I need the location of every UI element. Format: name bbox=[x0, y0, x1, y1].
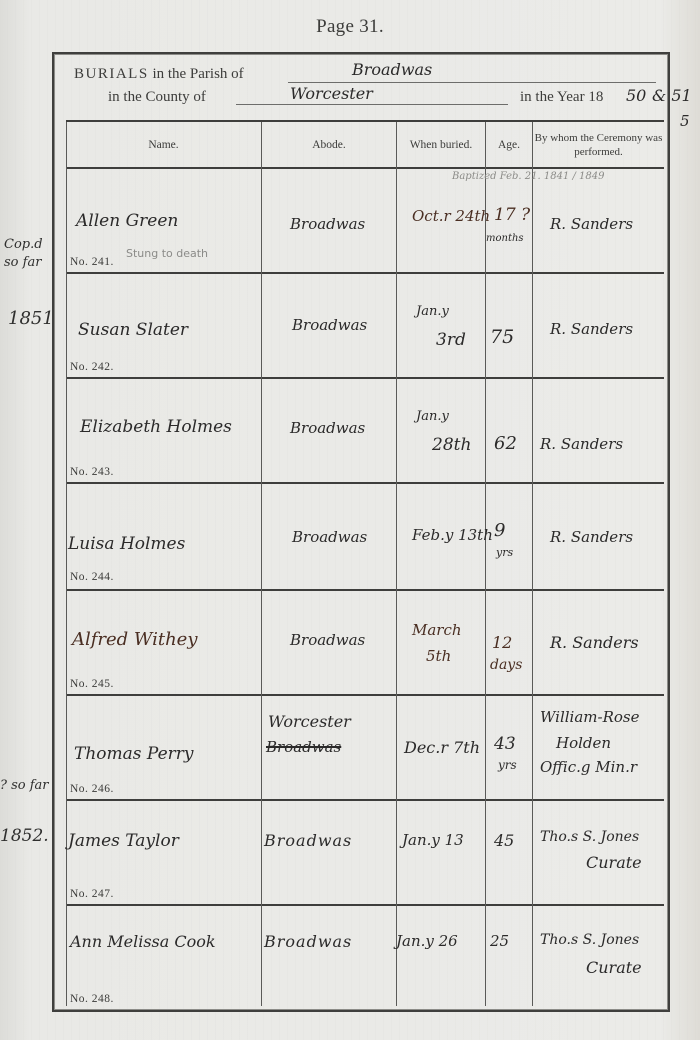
entry-number: No. 248. bbox=[70, 993, 114, 1005]
county-value: Worcester bbox=[290, 84, 373, 103]
table-row: Ann Melissa Cook No. 248. Broadwas Jan.y… bbox=[66, 906, 664, 1011]
entry-when-buried: Dec.r 7th bbox=[404, 738, 480, 757]
entry-age: 43 bbox=[494, 734, 516, 754]
entry-name: Allen Green bbox=[76, 211, 178, 231]
entry-abode: Broadwas bbox=[264, 831, 352, 850]
column-header-ceremony: By whom the Ceremony was performed. bbox=[533, 122, 664, 168]
entry-name: Elizabeth Holmes bbox=[80, 417, 232, 437]
entry-number: No. 246. bbox=[70, 783, 114, 795]
table-row: Alfred Withey No. 245. Broadwas March 5t… bbox=[66, 591, 664, 696]
entry-when-buried-month: March bbox=[412, 621, 462, 639]
entry-age: 45 bbox=[494, 831, 514, 850]
parish-fill-line bbox=[288, 82, 656, 83]
entry-abode: Broadwas bbox=[292, 528, 367, 546]
parish-line: BURIALS in the Parish of bbox=[74, 66, 244, 83]
column-header-age: Age. bbox=[486, 122, 532, 168]
column-header-abode: Abode. bbox=[262, 122, 396, 168]
entry-abode-struck: Broadwas bbox=[266, 738, 341, 756]
entry-when-buried-month: Jan.y bbox=[416, 304, 449, 319]
entry-age: 25 bbox=[490, 932, 509, 950]
entry-name: Alfred Withey bbox=[72, 629, 198, 650]
entry-when-buried-day: 28th bbox=[432, 435, 471, 455]
table-row: Thomas Perry No. 246. Worcester Broadwas… bbox=[66, 696, 664, 801]
page-title: Page 31. bbox=[0, 16, 700, 38]
entry-age-unit: yrs bbox=[498, 758, 517, 772]
burials-label: BURIALS bbox=[74, 66, 149, 82]
baptism-annotation: Baptized Feb. 21. 1841 / 1849 bbox=[452, 171, 604, 182]
entry-abode: Broadwas bbox=[290, 419, 365, 437]
entry-officiant: R. Sanders bbox=[540, 435, 623, 453]
entry-when-buried: Jan.y 13 bbox=[402, 831, 464, 849]
year-label: in the Year 18 bbox=[520, 89, 603, 106]
entry-when-buried-day: 5th bbox=[426, 647, 451, 665]
entry-age: 62 bbox=[494, 433, 517, 454]
entry-when-buried: Feb.y 13th bbox=[412, 526, 493, 544]
entry-when-buried-day: 3rd bbox=[436, 330, 466, 350]
entry-officiant: R. Sanders bbox=[550, 528, 633, 546]
entry-name: Ann Melissa Cook bbox=[70, 932, 216, 951]
entry-officiant-line3: Offic.g Min.r bbox=[540, 758, 637, 776]
margin-note-so-far: ? so far bbox=[0, 778, 49, 793]
entry-officiant: R. Sanders bbox=[550, 215, 633, 233]
entry-name: Luisa Holmes bbox=[68, 534, 185, 554]
entry-age: 9 bbox=[494, 520, 505, 541]
entry-officiant: R. Sanders bbox=[550, 633, 639, 652]
county-fill-line bbox=[236, 104, 508, 105]
margin-note-year-1851: 1851 bbox=[8, 308, 54, 329]
entry-abode: Broadwas bbox=[292, 316, 367, 334]
entry-when-buried-month: Jan.y bbox=[416, 409, 449, 424]
margin-note-copied-so-far: Cop.d so far bbox=[4, 236, 56, 272]
entry-number: No. 242. bbox=[70, 361, 114, 373]
entry-officiant-line2: Holden bbox=[556, 734, 611, 752]
entry-number: No. 245. bbox=[70, 678, 114, 690]
entry-abode: Broadwas bbox=[290, 215, 365, 233]
entry-officiant-line2: Curate bbox=[586, 853, 642, 872]
entry-when-buried: Oct.r 24th bbox=[412, 207, 490, 225]
entry-abode: Broadwas bbox=[290, 631, 365, 649]
county-label: in the County of bbox=[108, 89, 206, 106]
entry-when-buried: Jan.y 26 bbox=[396, 932, 458, 950]
year-annotation: & 51 bbox=[652, 86, 692, 105]
entry-age: 17 ? bbox=[494, 205, 530, 225]
entry-officiant: R. Sanders bbox=[550, 320, 633, 338]
entry-officiant-line2: Curate bbox=[586, 958, 642, 977]
column-header-when-buried: When buried. bbox=[397, 122, 485, 168]
entry-name: Susan Slater bbox=[78, 320, 188, 340]
entry-age-unit: yrs bbox=[496, 546, 513, 559]
table-row: Allen Green No. 241. Stung to death Broa… bbox=[66, 169, 664, 274]
column-header-name: Name. bbox=[66, 122, 261, 168]
table-row: Luisa Holmes No. 244. Broadwas Feb.y 13t… bbox=[66, 484, 664, 589]
entry-officiant-line1: Tho.s S. Jones bbox=[540, 829, 639, 845]
parish-label: in the Parish of bbox=[152, 66, 243, 82]
entry-officiant-line1: Tho.s S. Jones bbox=[540, 932, 639, 948]
entry-abode: Broadwas bbox=[264, 932, 352, 951]
entry-number: No. 243. bbox=[70, 466, 114, 478]
entry-name: James Taylor bbox=[68, 831, 179, 851]
entry-officiant-line1: William-Rose bbox=[540, 708, 639, 726]
parish-value: Broadwas bbox=[352, 60, 432, 79]
entry-age-unit: months bbox=[486, 233, 524, 244]
entry-abode: Worcester bbox=[268, 712, 351, 731]
entry-name: Thomas Perry bbox=[74, 744, 194, 764]
entry-age-unit: days bbox=[490, 657, 522, 673]
margin-note-year-1852: 1852. bbox=[0, 826, 49, 846]
pencil-note: Stung to death bbox=[126, 247, 208, 260]
entry-age: 75 bbox=[490, 326, 514, 348]
table-row: Susan Slater No. 242. Broadwas Jan.y 3rd… bbox=[66, 274, 664, 379]
entry-age: 12 bbox=[492, 633, 512, 652]
entry-number: No. 244. bbox=[70, 571, 114, 583]
entry-number: No. 241. bbox=[70, 256, 114, 268]
entry-number: No. 247. bbox=[70, 888, 114, 900]
year-annotation-2: 5 bbox=[680, 112, 690, 130]
table-row: Elizabeth Holmes No. 243. Broadwas Jan.y… bbox=[66, 379, 664, 484]
year-value: 50 bbox=[626, 86, 646, 105]
table-row: James Taylor No. 247. Broadwas Jan.y 13 … bbox=[66, 801, 664, 906]
